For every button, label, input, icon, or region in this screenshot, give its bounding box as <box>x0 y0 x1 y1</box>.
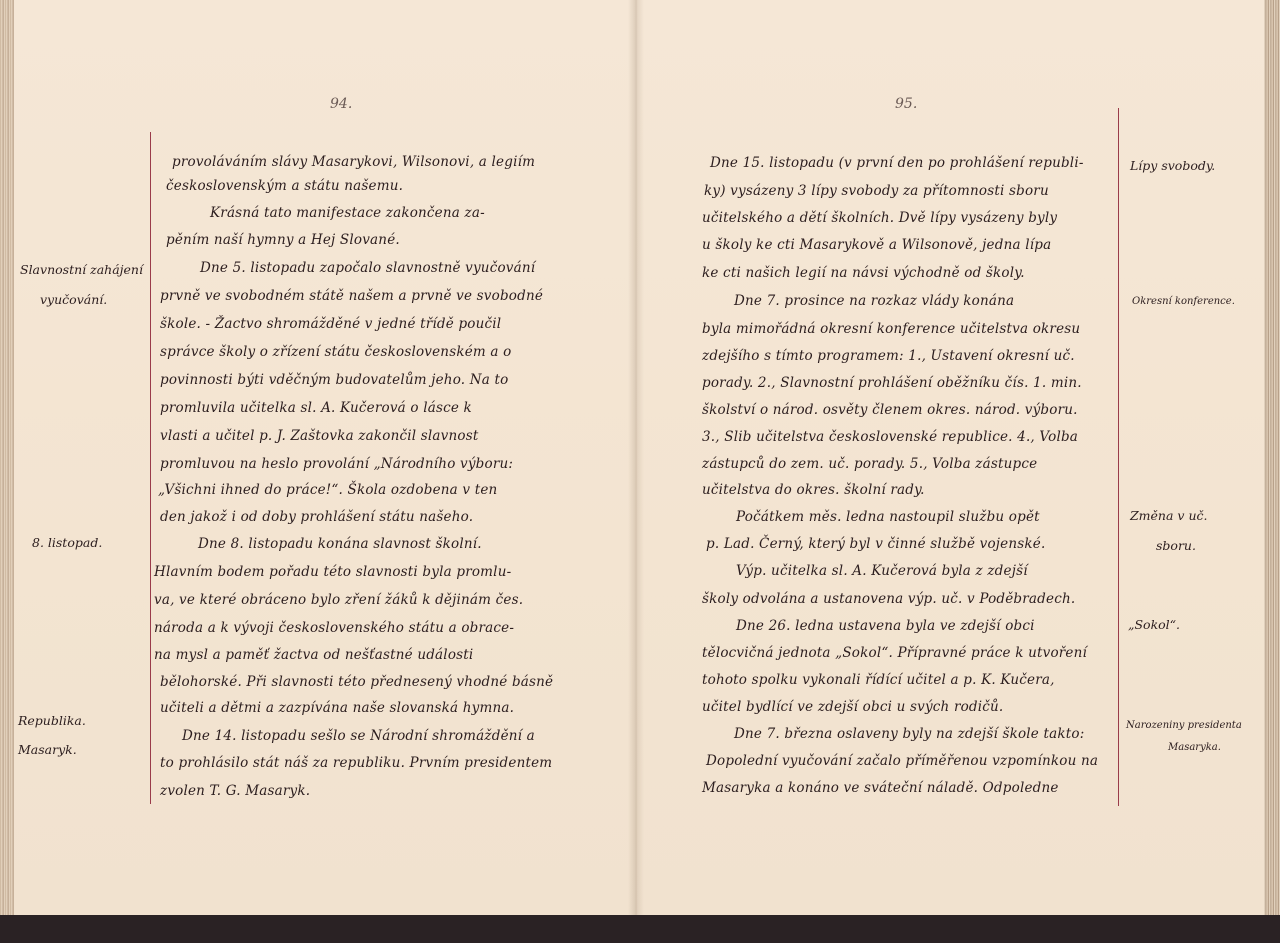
text-line: pěním naší hymny a Hej Slované. <box>166 232 400 248</box>
text-line: tělocvičná jednota „Sokol“. Přípravné pr… <box>702 645 1087 661</box>
margin-note: Slavnostní zahájení <box>20 262 143 277</box>
text-line: zástupců do zem. uč. porady. 5., Volba z… <box>702 456 1037 472</box>
text-line: promluvila učitelka sl. A. Kučerová o lá… <box>160 400 472 416</box>
margin-note: sboru. <box>1156 538 1196 553</box>
text-line: učitelského a dětí školních. Dvě lípy vy… <box>702 210 1057 226</box>
margin-note: Narozeniny presidenta <box>1126 720 1242 731</box>
text-line: učitel bydlící ve zdejší obci u svých ro… <box>702 699 1003 715</box>
text-line: Dne 15. listopadu (v první den po prohlá… <box>710 155 1084 171</box>
text-line: to prohlásilo stát náš za republiku. Prv… <box>160 755 552 771</box>
text-line: Dne 26. ledna ustavena byla ve zdejší ob… <box>736 618 1035 634</box>
background-surface <box>0 915 1280 943</box>
margin-note: Republika. <box>18 713 86 728</box>
text-line: byla mimořádná okresní konference učitel… <box>702 321 1080 337</box>
text-line: vlasti a učitel p. J. Zaštovka zakončil … <box>160 428 478 444</box>
text-line: den jakož i od doby prohlášení státu naš… <box>160 509 473 525</box>
text-line: p. Lad. Černý, který byl v činné službě … <box>706 536 1045 552</box>
margin-note: Masaryka. <box>1168 742 1221 753</box>
text-line: Výp. učitelka sl. A. Kučerová byla z zde… <box>736 563 1028 579</box>
text-line: 3., Slib učitelstva československé repub… <box>702 429 1078 445</box>
text-line: učitelstva do okres. školní rady. <box>702 482 925 498</box>
text-line: promluvou na heslo provolání „Národního … <box>160 456 513 472</box>
text-line: Dne 8. listopadu konána slavnost školní. <box>198 536 482 552</box>
text-line: Počátkem měs. ledna nastoupil službu opě… <box>736 509 1040 525</box>
page-edges-right <box>1264 0 1280 915</box>
text-line: československým a státu našemu. <box>166 178 403 194</box>
book-gutter <box>628 0 644 915</box>
text-line: národa a k vývoji československého státu… <box>154 620 514 636</box>
margin-rule <box>150 132 151 804</box>
margin-note: Okresní konference. <box>1132 296 1235 307</box>
text-line: Dopolední vyučování začalo příměřenou vz… <box>706 753 1098 769</box>
text-line: učiteli a dětmi a zazpívána naše slovans… <box>160 700 514 716</box>
text-line: školství o národ. osvěty členem okres. n… <box>702 402 1078 418</box>
text-line: školy odvolána a ustanovena výp. uč. v P… <box>702 591 1075 607</box>
text-line: porady. 2., Slavnostní prohlášení oběžní… <box>702 375 1082 391</box>
margin-note: vyučování. <box>40 292 107 307</box>
margin-note: Změna v uč. <box>1130 508 1207 523</box>
text-line: správce školy o zřízení státu českoslove… <box>160 344 511 360</box>
page-number: 94. <box>330 96 352 112</box>
text-line: Dne 7. prosince na rozkaz vlády konána <box>734 293 1014 309</box>
page-edges-left <box>0 0 14 915</box>
text-line: ky) vysázeny 3 lípy svobody za přítomnos… <box>704 183 1049 199</box>
text-line: Masaryka a konáno ve sváteční náladě. Od… <box>702 780 1059 796</box>
text-line: povinnosti býti vděčným budovatelům jeho… <box>160 372 508 388</box>
margin-rule <box>1118 108 1119 806</box>
text-line: tohoto spolku vykonali řídící učitel a p… <box>702 672 1055 688</box>
margin-note: Masaryk. <box>18 742 77 757</box>
margin-note: „Sokol“. <box>1128 617 1180 632</box>
margin-note: 8. listopad. <box>32 535 102 550</box>
text-line: Dne 14. listopadu sešlo se Národní shrom… <box>182 728 535 744</box>
text-line: zdejšího s tímto programem: 1., Ustavení… <box>702 348 1075 364</box>
text-line: ke cti našich legií na návsi východně od… <box>702 265 1025 281</box>
page-number: 95. <box>895 96 917 112</box>
text-line: na mysl a paměť žactva od nešťastné udál… <box>154 647 473 663</box>
text-line: zvolen T. G. Masaryk. <box>160 783 310 799</box>
text-line: u školy ke cti Masarykově a Wilsonově, j… <box>702 237 1051 253</box>
text-line: Dne 5. listopadu započalo slavnostně vyu… <box>200 260 535 276</box>
text-line: bělohorské. Při slavnosti této přednesen… <box>160 674 553 690</box>
text-line: prvně ve svobodném státě našem a prvně v… <box>160 288 543 304</box>
open-book: 94. provoláváním slávy Masarykovi, Wilso… <box>0 0 1280 915</box>
text-line: Dne 7. března oslaveny byly na zdejší šk… <box>734 726 1084 742</box>
right-page: 95. Dne 15. listopadu (v první den po pr… <box>636 0 1280 915</box>
text-line: Hlavním bodem pořadu této slavnosti byla… <box>154 564 511 580</box>
text-line: škole. - Žactvo shromážděné v jedné tříd… <box>160 316 501 332</box>
text-line: Krásná tato manifestace zakončena za- <box>210 205 485 221</box>
text-line: va, ve které obráceno bylo zření žáků k … <box>154 592 523 608</box>
text-line: „Všichni ihned do práce!“. Škola ozdoben… <box>158 482 497 498</box>
text-line: provoláváním slávy Masarykovi, Wilsonovi… <box>172 154 535 170</box>
left-page: 94. provoláváním slávy Masarykovi, Wilso… <box>0 0 636 915</box>
margin-note: Lípy svobody. <box>1130 158 1215 173</box>
